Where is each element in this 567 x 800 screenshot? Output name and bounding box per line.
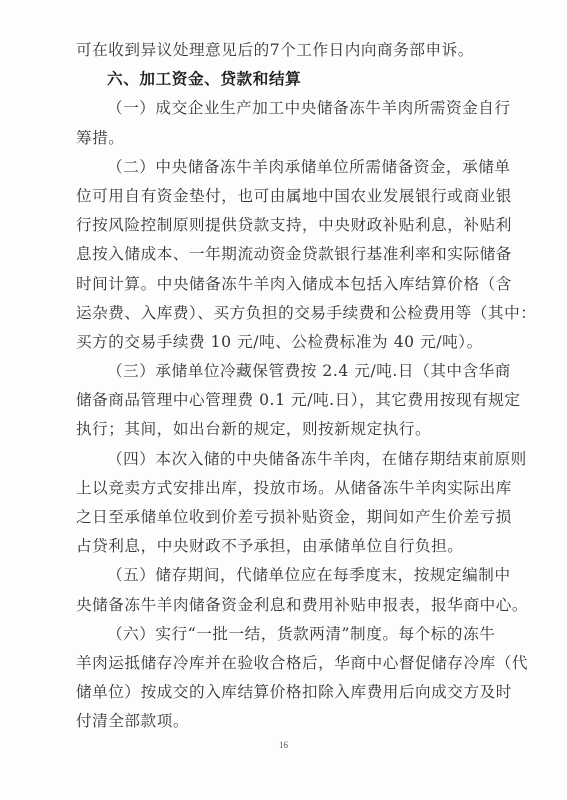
paragraph-2-line: 息按入储成本、一年期流动资金贷款银行基准利率和实际储备	[76, 240, 504, 269]
paragraph-5-line: 央储备冻牛羊肉储备资金利息和费用补贴申报表，报华商中心。	[76, 591, 504, 620]
paragraph-6-line: （六）实行“一批一结，货款两清”制度。每个标的冻牛	[76, 620, 504, 649]
paragraph-5-line: （五）储存期间，代储单位应在每季度末，按规定编制中	[76, 561, 504, 590]
paragraph-2-line: 行按风险控制原则提供贷款支持，中央财政补贴利息，补贴利	[76, 211, 504, 240]
paragraph-6-line: 羊肉运抵储存冷库并在验收合格后，华商中心督促储存冷库（代	[76, 649, 504, 678]
paragraph-6-line: 付清全部款项。	[76, 707, 504, 736]
paragraph-4-line: （四）本次入储的中央储备冻牛羊肉，在储存期结束前原则	[76, 445, 504, 474]
section-heading: 六、加工资金、贷款和结算	[76, 65, 504, 94]
paragraph-2-line: 位可用自有资金垫付，也可由属地中国农业发展银行或商业银	[76, 182, 504, 211]
paragraph-2-line: 运杂费、入库费）、买方负担的交易手续费和公检费用等（其中：	[76, 299, 504, 328]
page-number: 16	[0, 740, 567, 750]
paragraph-6-line: 储单位）按成交的入库结算价格扣除入库费用后向成交方及时	[76, 678, 504, 707]
paragraph-3-line: 执行；其间，如出台新的规定，则按新规定执行。	[76, 415, 504, 444]
paragraph-4-line: 之日至承储单位收到价差亏损补贴资金，期间如产生价差亏损	[76, 503, 504, 532]
paragraph-1-line: 筹措。	[76, 124, 504, 153]
paragraph-2-line: 时间计算。中央储备冻牛羊肉入储成本包括入库结算价格（含	[76, 270, 504, 299]
document-body: 可在收到异议处理意见后的7个工作日内向商务部申诉。 六、加工资金、贷款和结算 （…	[76, 36, 504, 737]
paragraph-4-line: 上以竞卖方式安排出库，投放市场。从储备冻牛羊肉实际出库	[76, 474, 504, 503]
paragraph-1-line: （一）成交企业生产加工中央储备冻牛羊肉所需资金自行	[76, 94, 504, 123]
paragraph-3-line: （三）承储单位冷藏保管费按 2.4 元/吨.日（其中含华商	[76, 357, 504, 386]
paragraph-3-line: 储备商品管理中心管理费 0.1 元/吨.日），其它费用按现有规定	[76, 386, 504, 415]
text-line: 可在收到异议处理意见后的7个工作日内向商务部申诉。	[76, 36, 504, 65]
paragraph-4-line: 占贷利息，中央财政不予承担，由承储单位自行负担。	[76, 532, 504, 561]
paragraph-2-line: 买方的交易手续费 10 元/吨、公检费标准为 40 元/吨）。	[76, 328, 504, 357]
document-page: 可在收到异议处理意见后的7个工作日内向商务部申诉。 六、加工资金、贷款和结算 （…	[0, 0, 567, 800]
paragraph-2-line: （二）中央储备冻牛羊肉承储单位所需储备资金，承储单	[76, 153, 504, 182]
